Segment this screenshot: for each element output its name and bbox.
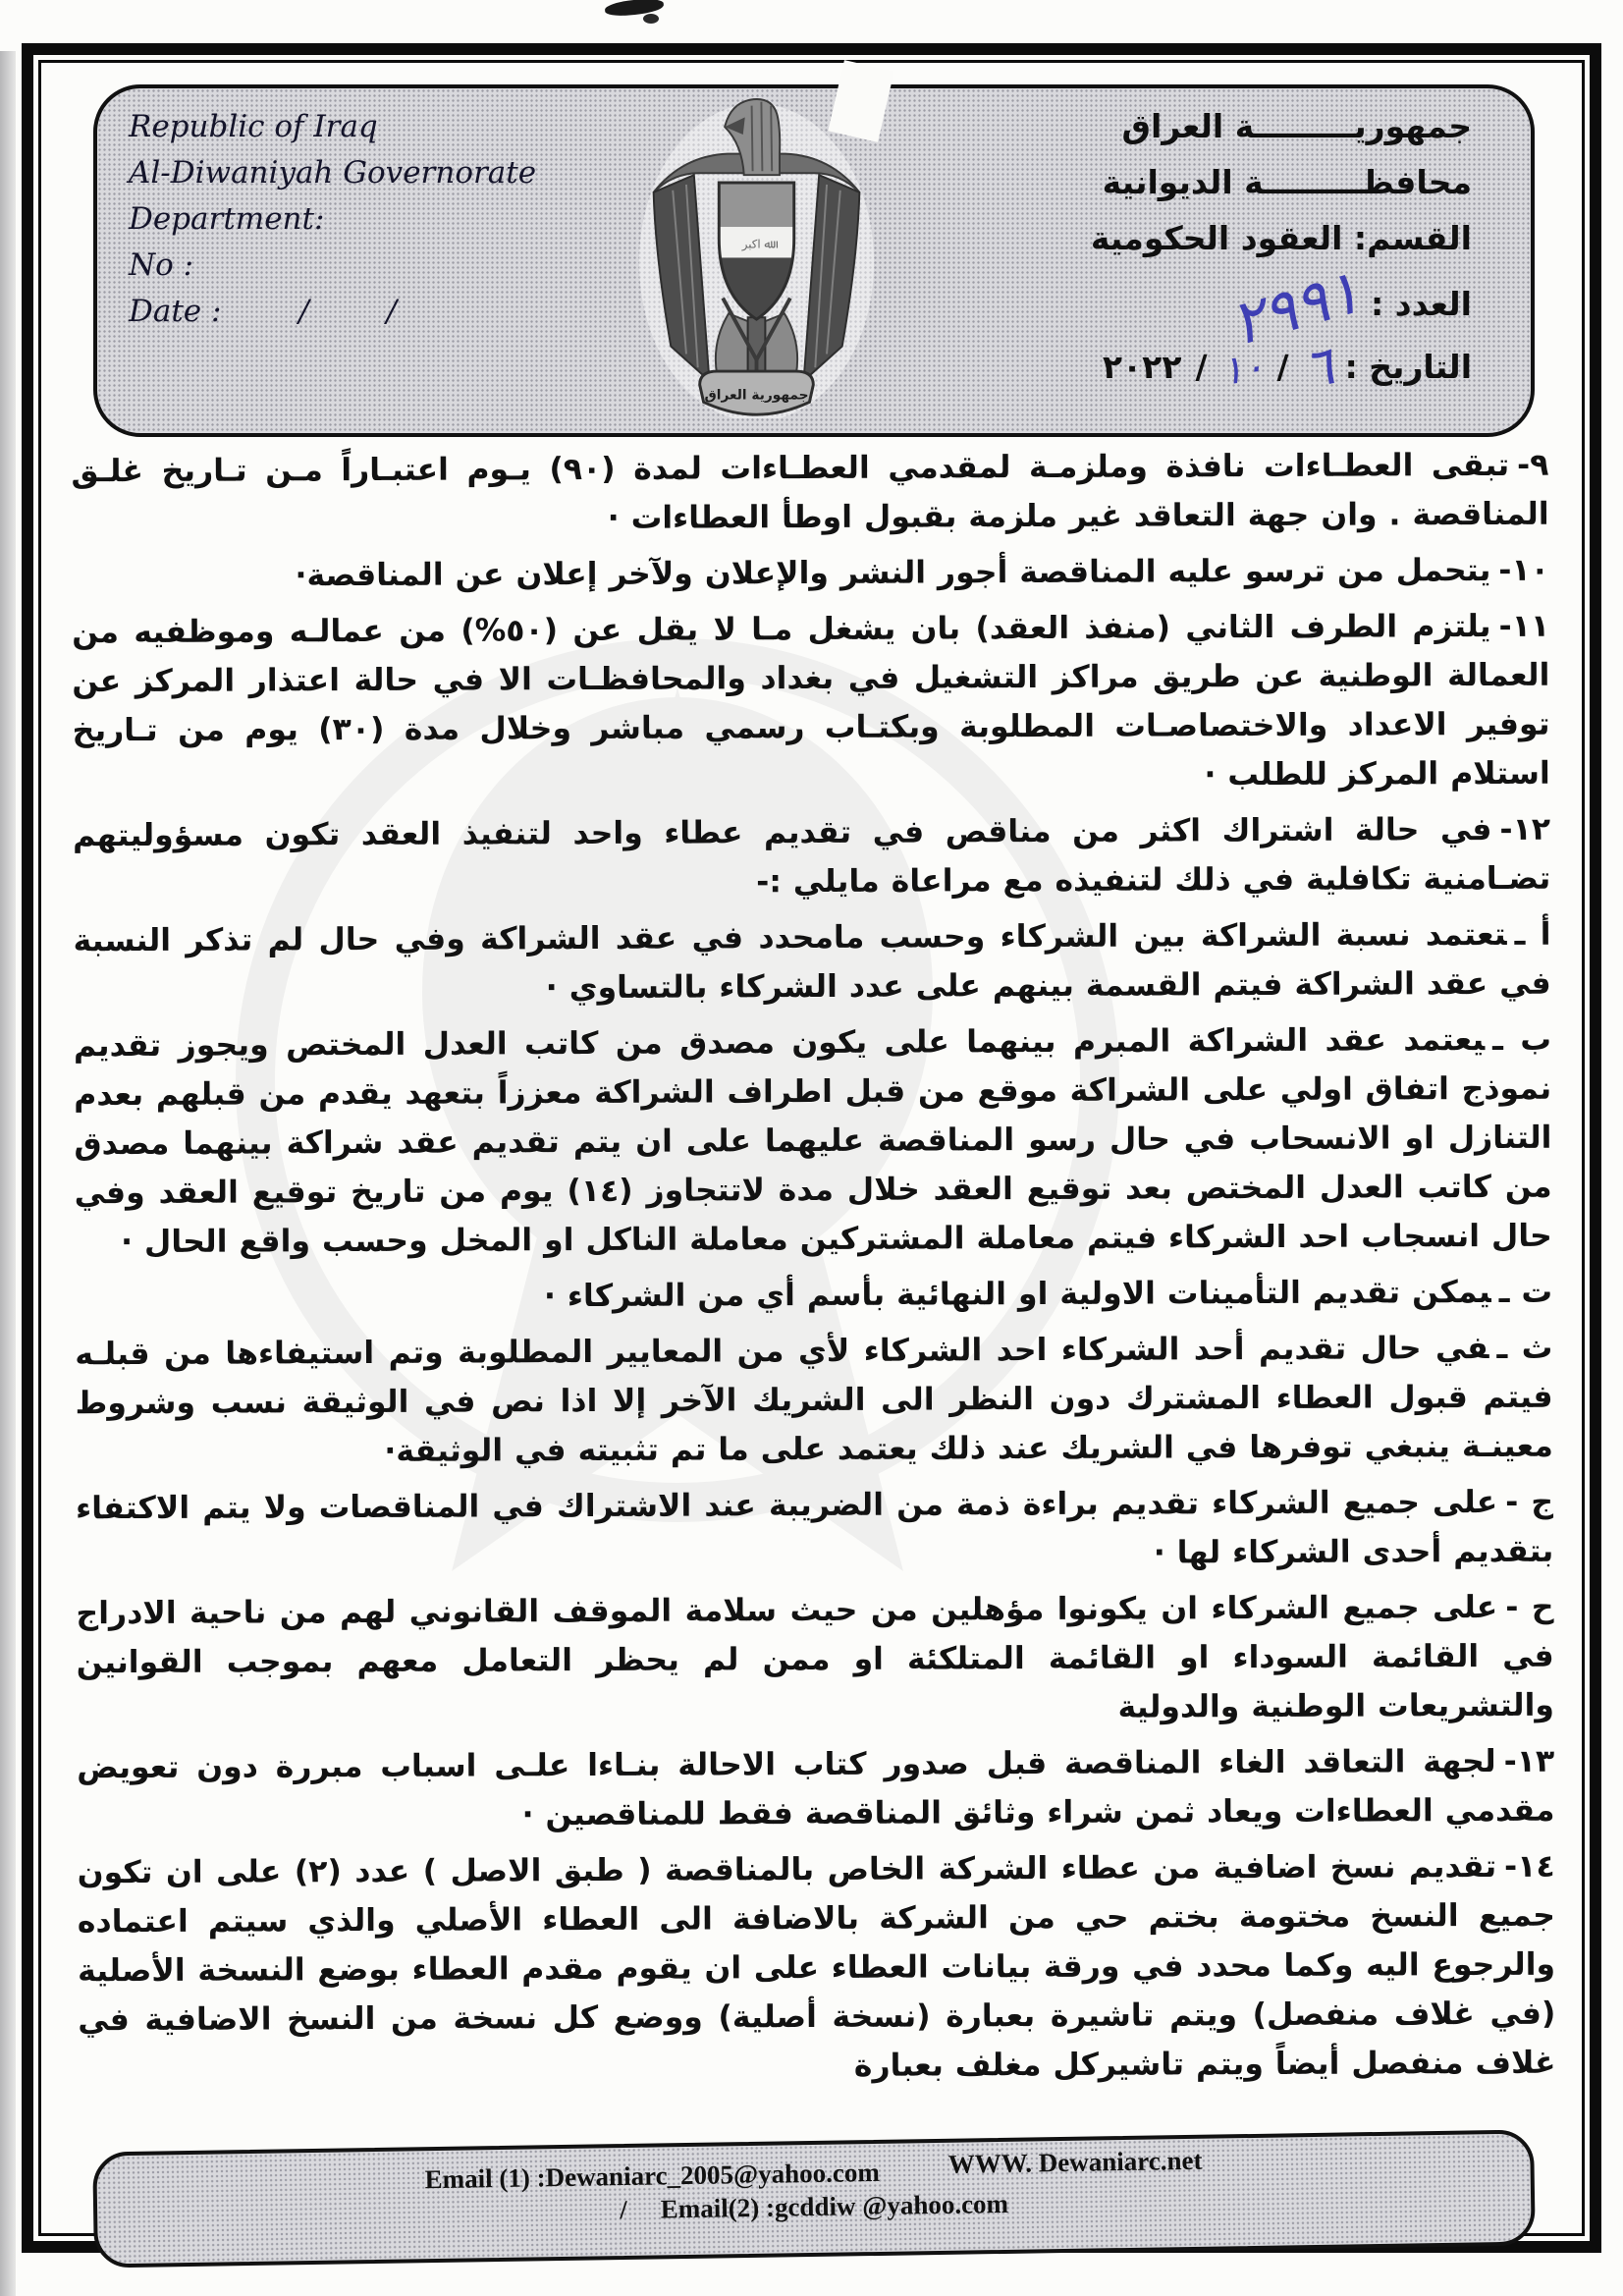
english-governorate: Al-Diwaniyah Governorate [129,150,536,196]
number-label: العدد : [1371,276,1472,332]
clause-12-number: ١٢- [1499,812,1550,847]
clause-12-item-b-letter: ب ـ [1492,1022,1551,1058]
date-year: ٢٠٢٢ [1103,339,1182,395]
clause-11-text: يلتزم الطرف الثاني (منفذ العقد) بان يشغل… [72,609,1550,793]
clause-12-item-th-letter: ث ـ [1496,1331,1552,1366]
clause-12-item-h-letter: ح - [1505,1590,1553,1625]
clause-12-item-a-text: تعتمد نسبة الشراكة بين الشركاء وحسب مامح… [73,917,1550,1006]
clause-12-item-t: ت ـيمكن تقديم التأمينات الاولية او النها… [75,1268,1552,1324]
clause-12-item-b: ب ـيعتمد عقد الشراكة المبرم بينهما على ي… [74,1015,1552,1268]
handwritten-date-month: ١٠ [1217,339,1267,400]
english-country: Republic of Iraq [129,104,536,150]
clause-9-text: تبقى العطـاءات نافذة وملزمـة لمقدمي العط… [71,448,1548,536]
clause-12-item-j: ج -على جميع الشركاء تقديم براءة ذمة من ا… [76,1478,1553,1583]
footer-email-1: Email (1) :Dewaniarc_2005@yahoo.com [424,2158,880,2195]
clause-9-number: ٩- [1517,448,1548,483]
handwritten-date-day: ٦ [1299,337,1338,398]
footer-website: WWW. Dewaniarc.net [948,2146,1203,2180]
clause-12-item-j-text: على جميع الشركاء تقديم براءة ذمة من الضر… [76,1485,1553,1571]
clause-13-text: لجهة التعاقد الغاء المناقصة قبل صدور كتا… [77,1744,1554,1832]
clause-12: ١٢-في حالة اشتراك اكثر من مناقص في تقديم… [73,805,1550,910]
iraq-eagle-emblem: ﷲ اكبر جمهورية العراق [636,92,877,418]
clause-13: ١٣-لجهة التعاقد الغاء المناقصة قبل صدور … [77,1737,1554,1842]
clause-13-number: ١٣- [1504,1744,1555,1779]
document-body: ٩-تبقى العطـاءات نافذة وملزمـة لمقدمي ال… [71,441,1555,2102]
footer-contact-box: Email (1) :Dewaniarc_2005@yahoo.com WWW.… [92,2129,1536,2268]
clause-14-text: تقديم نسخ اضافية من عطاء الشركة الخاص با… [78,1849,1556,2084]
date-label: التاريخ : [1345,339,1472,395]
clause-12-text: في حالة اشتراك اكثر من مناقص في تقديم عط… [73,812,1550,900]
clause-14: ١٤-تقديم نسخ اضافية من عطاء الشركة الخاص… [78,1842,1556,2095]
clause-12-item-th: ث ـفي حال تقديم أحد الشركاء احد الشركاء … [75,1324,1553,1478]
clause-12-item-h: ح -على جميع الشركاء ان يكونوا مؤهلين من … [76,1583,1554,1737]
clause-12-item-t-text: يمكن تقديم التأمينات الاولية او النهائية… [544,1275,1491,1314]
english-department-label: Department: [129,196,536,243]
clause-12-item-h-text: على جميع الشركاء ان يكونوا مؤهلين من حيث… [76,1590,1554,1725]
scan-smudge-top-small [643,14,659,24]
clause-11-number: ١١- [1499,609,1550,644]
clause-14-number: ١٤- [1504,1849,1555,1885]
emblem-caption: جمهورية العراق [705,388,809,404]
arabic-country: جمهوريـــــــــة العراق [1091,98,1472,154]
clause-10-text: يتحمل من ترسو عليه المناقصة أجور النشر و… [295,553,1490,593]
clause-11: ١١-يلتزم الطرف الثاني (منفذ العقد) بان ي… [72,602,1550,805]
arabic-section: القسم: العقود الحكومية [1091,210,1472,266]
arabic-governorate: محافظـــــــــة الديوانية [1091,154,1472,210]
scanner-shadow-strip [0,51,16,2296]
clause-12-item-a: أ ـتعتمد نسبة الشراكة بين الشركاء وحسب م… [73,910,1550,1015]
clause-9: ٩-تبقى العطـاءات نافذة وملزمـة لمقدمي ال… [71,441,1548,546]
clause-12-item-a-letter: أ ـ [1515,917,1551,953]
footer-slash: / [620,2195,627,2225]
clause-12-item-j-letter: ج - [1505,1485,1553,1520]
date-separator-2: / [1195,339,1207,395]
english-number-label: No : [129,243,536,289]
clause-12-item-b-text: يعتمد عقد الشراكة المبرم بينهما على يكون… [74,1022,1552,1260]
arabic-number-row: العدد : ٢٩٩١ [1091,266,1472,332]
english-date-label: Date : / / [129,289,536,335]
clause-10-number: ١٠- [1498,553,1549,588]
letterhead-english-block: Republic of Iraq Al-Diwaniyah Governorat… [129,104,536,335]
clause-12-item-t-letter: ت ـ [1499,1275,1553,1310]
letterhead-arabic-block: جمهوريـــــــــة العراق محافظـــــــــة … [1091,98,1472,395]
clause-12-item-th-text: في حال تقديم أحد الشركاء احد الشركاء لأي… [75,1331,1553,1469]
footer-email-2: Email(2) :gcddiw @yahoo.com [660,2189,1008,2225]
clause-10: ١٠-يتحمل من ترسو عليه المناقصة أجور النش… [72,546,1549,602]
